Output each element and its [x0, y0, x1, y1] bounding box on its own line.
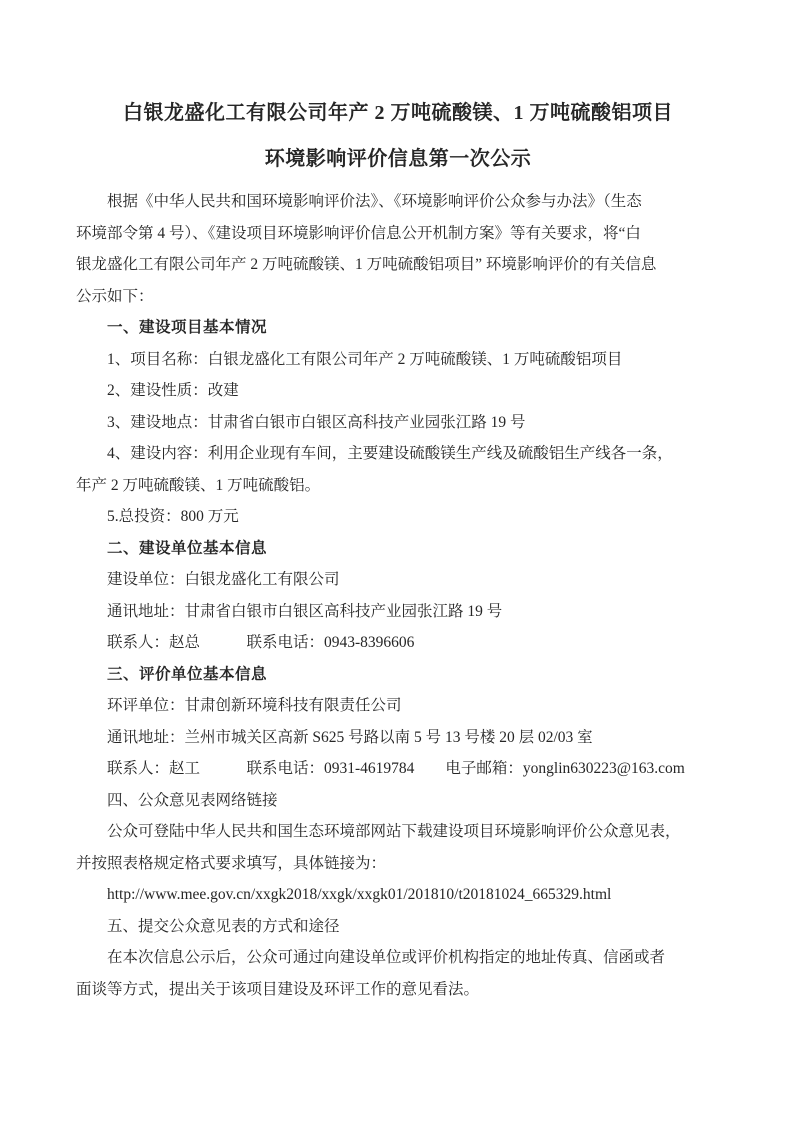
- document-body: 白银龙盛化工有限公司年产 2 万吨硫酸镁、1 万吨硫酸铝项目 环境影响评价信息第…: [0, 0, 800, 1005]
- builder-address-line: 通讯地址：甘肃省白银市白银区高科技产业园张江路 19 号: [76, 596, 720, 628]
- submit-method-line-2: 面谈等方式，提出关于该项目建设及环评工作的意见看法。: [76, 974, 720, 1006]
- intro-line-1: 根据《中华人民共和国环境影响评价法》、《环境影响评价公众参与办法》（生态: [76, 186, 720, 218]
- builder-unit-line: 建设单位：白银龙盛化工有限公司: [76, 564, 720, 596]
- item-total-investment: 5.总投资：800 万元: [76, 501, 720, 533]
- heading-section-5: 五、提交公众意见表的方式和途径: [76, 911, 720, 943]
- item-construction-nature: 2、建设性质：改建: [76, 375, 720, 407]
- form-download-url: http://www.mee.gov.cn/xxgk2018/xxgk/xxgk…: [76, 879, 720, 911]
- heading-section-3: 三、评价单位基本信息: [76, 659, 720, 691]
- document-text: 根据《中华人民共和国环境影响评价法》、《环境影响评价公众参与办法》（生态 环境部…: [76, 186, 720, 1005]
- item-construction-content-2: 年产 2 万吨硫酸镁、1 万吨硫酸铝。: [76, 470, 720, 502]
- intro-line-2: 环境部令第 4 号）、《建设项目环境影响评价信息公开机制方案》等有关要求，将“白: [76, 218, 720, 250]
- public-form-line-2: 并按照表格规定格式要求填写，具体链接为：: [76, 848, 720, 880]
- document-page: 白银龙盛化工有限公司年产 2 万吨硫酸镁、1 万吨硫酸铝项目 环境影响评价信息第…: [0, 0, 800, 1131]
- eia-unit-line: 环评单位：甘肃创新环境科技有限责任公司: [76, 690, 720, 722]
- item-construction-content-1: 4、建设内容：利用企业现有车间，主要建设硫酸镁生产线及硫酸铝生产线各一条，: [76, 438, 720, 470]
- builder-contact-line: 联系人：赵总 联系电话：0943-8396606: [76, 627, 720, 659]
- document-title: 白银龙盛化工有限公司年产 2 万吨硫酸镁、1 万吨硫酸铝项目 环境影响评价信息第…: [76, 90, 720, 182]
- public-form-line-1: 公众可登陆中华人民共和国生态环境部网站下载建设项目环境影响评价公众意见表，: [76, 816, 720, 848]
- item-construction-location: 3、建设地点：甘肃省白银市白银区高科技产业园张江路 19 号: [76, 407, 720, 439]
- heading-section-1: 一、建设项目基本情况: [76, 312, 720, 344]
- submit-method-line-1: 在本次信息公示后，公众可通过向建设单位或评价机构指定的地址传真、信函或者: [76, 942, 720, 974]
- eia-contact-line: 联系人：赵工 联系电话：0931-4619784 电子邮箱：yonglin630…: [76, 753, 720, 785]
- heading-section-2: 二、建设单位基本信息: [76, 533, 720, 565]
- item-project-name: 1、项目名称：白银龙盛化工有限公司年产 2 万吨硫酸镁、1 万吨硫酸铝项目: [76, 344, 720, 376]
- heading-section-4: 四、公众意见表网络链接: [76, 785, 720, 817]
- document-title-line-2: 环境影响评价信息第一次公示: [76, 136, 720, 182]
- intro-line-3: 银龙盛化工有限公司年产 2 万吨硫酸镁、1 万吨硫酸铝项目” 环境影响评价的有关…: [76, 249, 720, 281]
- eia-address-line: 通讯地址：兰州市城关区高新 S625 号路以南 5 号 13 号楼 20 层 0…: [76, 722, 720, 754]
- document-title-line-1: 白银龙盛化工有限公司年产 2 万吨硫酸镁、1 万吨硫酸铝项目: [76, 90, 720, 136]
- intro-line-4: 公示如下：: [76, 281, 720, 313]
